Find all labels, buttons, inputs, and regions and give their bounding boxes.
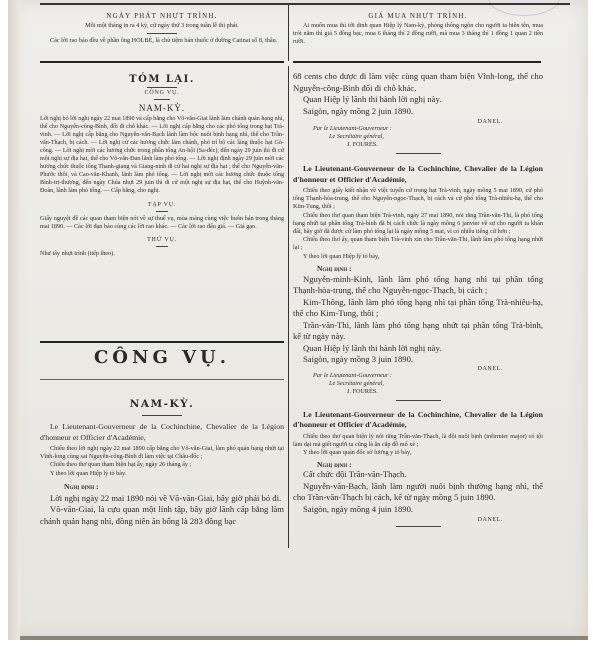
decree-article: Lời nghị ngày 22 mai 1890 nói về Võ-văn-… [40,493,284,505]
subscription-price-title: GIÁ MUA NHỰT TRÌNH. [293,12,543,20]
masthead-right: GIÁ MUA NHỰT TRÌNH. Ai muốn mua thì tới … [293,12,543,47]
summary-heading: TÓM LẠI. [40,74,284,85]
secondary-body: Như tây nhựt trình (tiếp theo). [40,250,284,258]
masthead-divider [288,5,289,61]
summary-official-heading: CÔNG VỤ. [40,90,284,96]
decree-consideration: Y theo lời quan quản đốc sở lương y tỏ b… [293,449,543,457]
decree-consideration: Chiếu theo thơ quan tham biện hạt ấy, ng… [40,461,284,469]
secondary-heading: THỨ VỤ. [40,237,284,243]
section-rule [40,341,284,343]
execution-line: Quan Hiệp lý lãnh thi hành lời nghị này. [293,94,543,106]
divider [396,526,441,527]
decree-article: Trần-văn-Thi, lãnh làm phó tổng hạng nhứ… [293,320,543,343]
decree-consideration: Chiếu theo lời nghị ngày 22 mai 1890 cấp… [40,445,284,461]
divider [147,87,177,88]
decree-consideration: Y theo lời quan Hiệp lý tỏ bày, [293,253,543,261]
summary-body: Lời nghị bỏ lời nghị ngày 22 mai 1890 và… [40,115,284,195]
decree-preamble: Le Lieutenant-Gouverneur de la Cochinchi… [40,422,284,443]
official-section: CÔNG VỤ. [40,347,284,368]
decree-preamble: Le Lieutenant-Gouverneur de la Cochinchi… [293,410,543,431]
decree-consideration: Chiếu theo thơ quan biện lý nói rằng Trầ… [293,433,543,449]
decree-consideration: Chiếu theo giấy kiết nhận về việc tuyển … [293,187,543,212]
decree-article: Nguyễn-văn-Bạch, lãnh làm người nuôi bịn… [293,481,543,504]
right-column: 68 cents cho được đi làm việc cùng quan … [293,71,543,530]
advertising-notice: Các lời rao báo đều về phần ông HOLBÉ, l… [40,37,284,45]
decree-consideration: Chiếu theo thơ quan tham biện Trà-vinh, … [293,212,543,237]
signature-title: Le Secrétaire général, [313,380,543,388]
publication-days-title: NGÀY PHÁT NHỰT TRÌNH. [40,12,284,20]
date-line: Saigòn, ngày mồng 2 juin 1890. [293,106,543,118]
execution-line: Quan Hiệp lý lãnh thi hành lời nghị này. [293,343,543,355]
decree-article: Võ-văn-Giai, là cựu quan một lính tập, b… [40,504,284,527]
divider [154,99,170,100]
signature-block: Par le Lieutenant-Gouverneur : Le Secrét… [293,125,543,149]
page-left-edge [8,0,20,640]
signature-name: J. FOURÈS. [313,388,543,396]
signature-block: Par le Lieutenant-Gouverneur : Le Secrét… [293,372,543,396]
decree-consideration: Y theo lời quan Hiệp lý tỏ bày. [40,470,284,478]
divider [156,246,168,247]
signature-par: Par le Lieutenant-Gouverneur : [313,372,543,380]
divider [147,33,177,34]
masthead-left: NGÀY PHÁT NHỰT TRÌNH. Mỗi một tháng in r… [40,12,284,45]
decree-preamble: Le Lieutenant-Gouverneur de la Cochinchi… [293,164,543,185]
date-line: Saigòn, ngày mồng 3 juin 1890. [293,354,543,366]
signature-title: Le Secrétaire général, [313,133,543,141]
decree-article: Kim-Thông, lãnh làm phó tổng hạng nhì tạ… [293,297,543,320]
decree-article: Cất chức đội Trần-văn-Thạch. [293,469,543,481]
publication-days-text: Mỗi một tháng in ra 4 kỳ, cứ ngày thứ 3 … [40,22,284,30]
misc-body: Giấy nguyệt đề các quan tham biện nói về… [40,215,284,231]
decree-label: Nghị định : [40,482,284,491]
summary-region-heading: NAM-KỲ. [40,103,284,113]
subscription-price-text: Ai muốn mua thì tới dinh quan Hiệp lý Na… [293,22,543,47]
decree-label: Nghị định : [293,264,543,273]
signature-par: Par le Lieutenant-Gouverneur : [313,125,543,133]
misc-heading: TẠP VỤ. [40,202,284,208]
decree-article: Nguyễn-minh-Kinh, lãnh làm phó tổng hạng… [293,274,543,297]
official-heading: CÔNG VỤ. [40,347,284,368]
divider [156,211,168,212]
decree-1: NAM-KỲ. Le Lieutenant-Gouverneur de la C… [40,398,284,527]
decree-label: Nghị định : [293,460,543,469]
region-heading: NAM-KỲ. [40,398,284,410]
continuation-text: 68 cents cho được đi làm việc cùng quan … [293,71,543,94]
divider [142,415,182,416]
column-divider [288,66,289,548]
left-column: TÓM LẠI. CÔNG VỤ. NAM-KỲ. Lời nghị bỏ lờ… [40,74,284,259]
divider [396,153,441,154]
date-line: Saigòn, ngày mồng 4 juin 1890. [293,504,543,516]
masthead-bottom-rule-left [40,61,284,63]
masthead-bottom-rule-right [293,61,541,63]
top-rule [40,3,570,5]
section-rule [40,379,284,380]
decree-consideration: Chiếu theo thơ ấy, quan tham biện Trà-vi… [293,236,543,252]
signature-danel: DANEL. [293,517,543,523]
divider [396,400,441,401]
signature-name: J. FOURÈS. [313,141,543,149]
